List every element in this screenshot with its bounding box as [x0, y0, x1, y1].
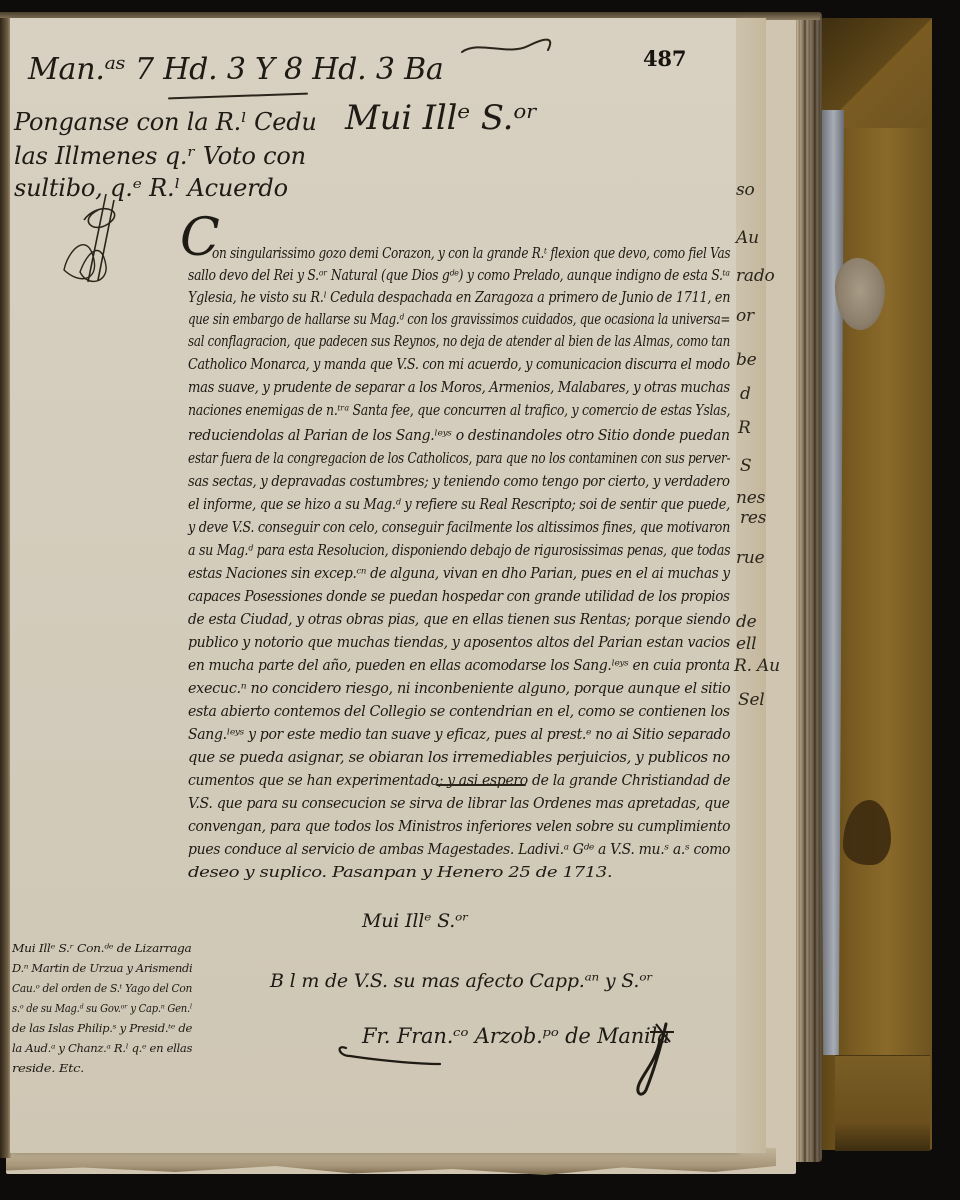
body-line-10: estar fuera de la congregacion de los Ca…: [188, 451, 730, 467]
heading-reference: Man.ᵃˢ 7 Hd. 3 Y 8 Hd. 3 Ba: [28, 52, 444, 87]
margin-fragment-12: de: [736, 612, 757, 632]
margin-fragment-4: or: [736, 306, 754, 326]
addressee-line-3: Cau.ᵒ del orden de S.ᵗ Yago del Con: [12, 982, 192, 995]
margin-fragment-10: res: [740, 508, 766, 528]
folio-number: 487: [643, 46, 686, 71]
body-line-13: y deve V.S. conseguir con celo, consegui…: [188, 520, 730, 536]
body-line-17: de esta Ciudad, y otras obras pias, que …: [188, 612, 730, 628]
body-line-23: que se pueda asignar, se obiaran los irr…: [188, 750, 730, 766]
margin-fragment-2: Au: [736, 228, 759, 248]
addressee-line-6: la Aud.ᵃ y Chanz.ᵃ R.ˡ q.ᵉ en ellas: [12, 1042, 192, 1055]
addressee-line-4: s.ᵒ de su Mag.ᵈ su Gov.ᵒʳ y Cap.ⁿ Gen.ˡ: [12, 1002, 192, 1015]
top-flourish-icon: [458, 34, 558, 63]
body-line-18: publico y notorio que muchas tiendas, y …: [188, 635, 730, 651]
page-edges-shadow: [800, 12, 822, 1162]
body-line-14: a su Mag.ᵈ para esta Resolucion, disponi…: [188, 543, 730, 559]
body-line-8: naciones enemigas de n.ᵗʳᵃ Santa fee, qu…: [188, 403, 730, 419]
body-line-12: el informe, que se hizo a su Mag.ᵈ y ref…: [188, 497, 730, 513]
body-line-21: esta abierto contemos del Collegio se co…: [188, 704, 730, 720]
body-line-7: mas suave, y prudente de separar a los M…: [188, 380, 730, 396]
body-line-4: que sin embargo de hallarse su Mag.ᵈ con…: [188, 312, 730, 328]
cover-bottom-flap: [835, 1055, 930, 1151]
salutation-top: Mui Illᵉ S.ᵒʳ: [345, 98, 538, 138]
rubric-paraph-icon: [58, 190, 138, 295]
body-line-9: reduciendolas al Parian de los Sang.ˡᵉʸˢ…: [188, 428, 730, 444]
margin-fragment-8: S: [740, 456, 751, 476]
addressee-line-2: D.ⁿ Martin de Urzua y Arismendi: [12, 962, 192, 975]
heading-summary-line-2: las Illmenes q.ʳ Voto con: [14, 142, 306, 170]
margin-fragment-13: ell: [736, 634, 756, 654]
margin-fragment-14: R. Au: [734, 656, 780, 676]
heading-summary-line-1: Ponganse con la R.ˡ Cedu: [14, 108, 317, 136]
closing-valediction: B l m de V.S. su mas afecto Capp.ᵃⁿ y S.…: [270, 970, 653, 992]
body-line-19: en mucha parte del año, pueden en ellas …: [188, 658, 730, 674]
body-line-1: on singularissimo gozo demi Corazon, y c…: [212, 246, 730, 262]
body-line-26: convengan, para que todos los Ministros …: [188, 819, 730, 835]
body-line-11: sas sectas, y depravadas costumbres; y t…: [188, 474, 730, 490]
closing-salutation: Mui Illᵉ S.ᵒʳ: [362, 910, 469, 932]
manuscript-photo: Man.ᵃˢ 7 Hd. 3 Y 8 Hd. 3 Ba Ponganse con…: [0, 0, 960, 1200]
margin-fragment-9: nes: [736, 488, 765, 508]
margin-fragment-11: rue: [736, 548, 765, 568]
margin-fragment-5: be: [736, 350, 757, 370]
body-line-2: sallo devo del Rei y S.ᵒʳ Natural (que D…: [188, 268, 730, 284]
body-line-3: Yglesia, he visto su R.ˡ Cedula despacha…: [188, 290, 730, 306]
body-line-5: sal conflagracion, que padecen sus Reyno…: [188, 334, 730, 350]
body-line-16: capaces Posessiones donde se puedan hosp…: [188, 589, 730, 605]
addressee-line-5: de las Islas Philip.ˢ y Presid.ᵗᵉ de: [12, 1022, 192, 1035]
margin-fragment-15: Sel: [738, 690, 765, 710]
body-line-20: execuc.ⁿ no concidero riesgo, ni inconbe…: [188, 681, 730, 697]
body-line-15: estas Naciones sin excep.ᶜⁿ de alguna, v…: [188, 566, 730, 582]
margin-fragment-3: rado: [736, 266, 775, 286]
body-line-6: Catholico Monarca, y manda que V.S. con …: [188, 357, 730, 373]
addressee-line-1: Mui Illᵉ S.ʳ Con.ᵈᵉ de Lizarraga: [12, 942, 191, 955]
margin-fragment-1: so: [736, 180, 755, 200]
body-line-28: deseo y suplico. Pasanpan y Henero 25 de…: [188, 865, 612, 881]
heading-summary-line-3: sultibo, q.ᵉ R.ˡ Acuerdo: [14, 174, 288, 202]
body-line-25: V.S. que para su consecucion se sirva de…: [188, 796, 730, 812]
body-line-22: Sang.ˡᵉʸˢ y por este medio tan suave y e…: [188, 727, 730, 743]
body-line-24: cumentos que se han experimentado; y asi…: [188, 773, 730, 789]
signature-rubric-icon: [630, 1020, 680, 1105]
signature-underline-flourish-icon: [336, 1040, 446, 1075]
addressee-line-7: reside. Etc.: [12, 1062, 84, 1075]
date-underline: [436, 784, 526, 786]
body-line-27: pues conduce al servicio de ambas Magest…: [188, 842, 730, 858]
margin-fragment-7: R: [738, 418, 751, 438]
margin-fragment-6: d: [740, 384, 751, 404]
